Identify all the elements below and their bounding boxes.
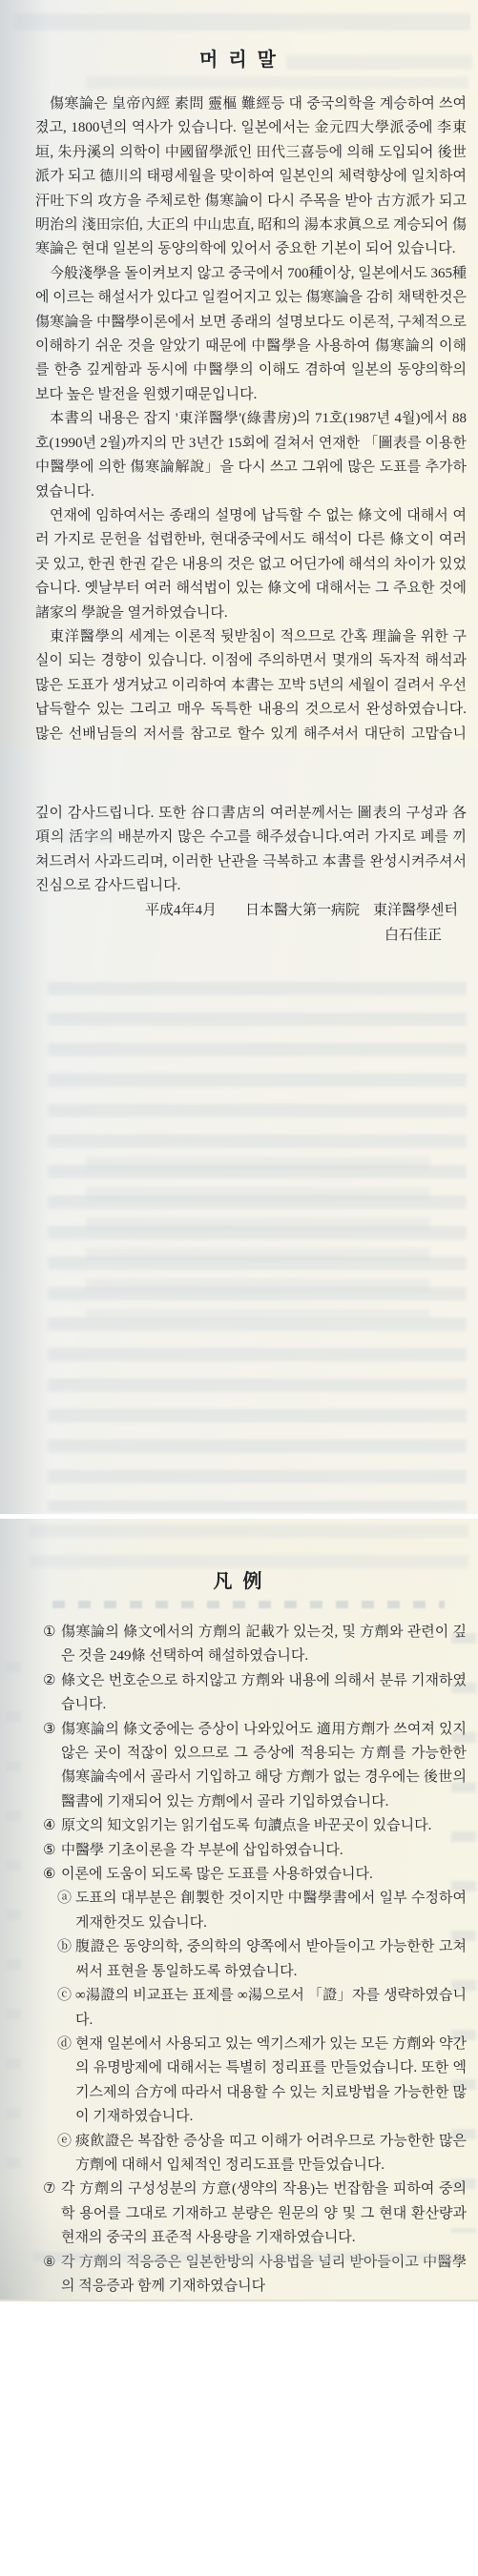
item-marker: ⑧	[43, 2251, 61, 2300]
notes-item: ⑧ 각 方劑의 적응증은 일본한방의 사용법을 널리 받아들이고 中醫學의 적응…	[43, 2251, 467, 2300]
item-marker: ②	[43, 1669, 61, 1718]
bleedthrough-block	[86, 1156, 430, 1319]
signature-line: 平成4年4月日本醫大第一病院東洋醫學센터	[35, 899, 458, 919]
item-marker: ⓔ	[57, 2130, 75, 2178]
item-text: 현재 일본에서 사용되고 있는 엑기스제가 있는 모든 方劑와 약간의 유명방제…	[75, 2033, 467, 2130]
preface-paragraph: 연재에 임하여서는 종래의 설명에 납득할 수 없는 條文에 대해서 여러 가지…	[35, 504, 467, 625]
notes-item: ⓔ 痰飮證은 복잡한 증상을 띠고 이해가 어려우므로 가능한한 많은 方劑에 …	[43, 2130, 467, 2178]
scanned-book-spread: 머 리 말 傷寒論은 皇帝內經 素問 靈樞 難經등 대 중국의학을 계승하여 쓰…	[0, 0, 478, 2576]
notes-item: ⑦ 각 方劑의 구성성분의 方意(생약의 작용)는 번잡함을 피하여 중의학 용…	[43, 2177, 467, 2250]
item-marker: ⓓ	[57, 2033, 75, 2130]
signature-hospital: 日本醫大第一病院	[245, 903, 360, 918]
item-text: 도표의 대부분은 創製한 것이지만 中醫學書에서 일부 수정하여 게재한것도 있…	[75, 1887, 467, 1935]
notes-item: ③ 傷寒論의 條文중에는 증상이 나와있어도 適用方劑가 쓰여져 있지 않은 곳…	[43, 1718, 467, 1815]
item-marker: ⓒ	[57, 1984, 75, 2033]
notes-item: ④ 原文의 知文읽기는 읽기쉽도록 句讀点을 바꾼곳이 있습니다.	[43, 1814, 467, 1838]
notes-item: ② 條文은 번호순으로 하지않고 方劑와 내용에 의해서 분류 기재하였습니다.	[43, 1669, 467, 1718]
preface-continuation: 깊이 감사드립니다. 또한 谷口書店의 여러분께서는 圖表의 구성과 各項의 活…	[35, 802, 467, 899]
item-marker: ⑤	[43, 1839, 61, 1863]
item-text: 이론에 도움이 되도록 많은 도표를 사용하였습니다.	[61, 1863, 467, 1887]
notes-page: 凡 例 ① 傷寒論의 條文에서의 方劑의 記載가 있는것, 및 方劑와 관련이 …	[0, 1519, 478, 2301]
item-text: 腹證은 동양의학, 중의학의 양쪽에서 받아들이고 가능한한 고쳐써서 표현을 …	[75, 1935, 467, 1984]
bleedthrough-margin-marks	[6, 1662, 21, 2185]
item-text: 각 方劑의 적응증은 일본한방의 사용법을 널리 받아들이고 中醫學의 적응증과…	[61, 2251, 467, 2300]
notes-item: ① 傷寒論의 條文에서의 方劑의 記載가 있는것, 및 方劑와 관련이 깊은 것…	[43, 1621, 467, 1669]
notes-items: ① 傷寒論의 條文에서의 方劑의 記載가 있는것, 및 方劑와 관련이 깊은 것…	[43, 1621, 467, 2299]
preface-paragraph: 傷寒論은 皇帝內經 素問 靈樞 難經등 대 중국의학을 계승하여 쓰여졌고, 1…	[35, 92, 467, 262]
preface-page-2: 깊이 감사드립니다. 또한 谷口書店의 여러분께서는 圖表의 구성과 各項의 活…	[0, 746, 478, 1514]
item-text: 中醫學 기초이론을 각 부분에 삽입하였습니다.	[61, 1839, 467, 1863]
preface-paragraph: 今般淺學을 돌이켜보지 않고 중국에서 700種이상, 일본에서도 365種에 …	[35, 262, 467, 407]
notes-item: ⓓ 현재 일본에서 사용되고 있는 엑기스제가 있는 모든 方劑와 약간의 유명…	[43, 2033, 467, 2130]
item-marker: ③	[43, 1718, 61, 1815]
item-marker: ⑥	[43, 1863, 61, 1887]
notes-item: ⓑ 腹證은 동양의학, 중의학의 양쪽에서 받아들이고 가능한한 고쳐써서 표현…	[43, 1935, 467, 1984]
item-text: 痰飮證은 복잡한 증상을 띠고 이해가 어려우므로 가능한한 많은 方劑에 대해…	[75, 2130, 467, 2178]
notes-item: ⓒ ∞湯證의 비교표는 표제를 ∞湯으로서 「證」자를 생략하였습니다.	[43, 1984, 467, 2033]
signature-date: 平成4年4月	[145, 903, 217, 918]
preface-page-1: 머 리 말 傷寒論은 皇帝內經 素問 靈樞 難經등 대 중국의학을 계승하여 쓰…	[0, 0, 478, 746]
preface-paragraph: 本書의 내용은 잡지 '東洋醫學'(綠書房)의 71호(1987년 4월)에서 …	[35, 407, 467, 504]
item-text: 傷寒論의 條文중에는 증상이 나와있어도 適用方劑가 쓰여져 있지 않은 곳이 …	[61, 1718, 467, 1815]
preface-paragraph: 깊이 감사드립니다. 또한 谷口書店의 여러분께서는 圖表의 구성과 各項의 活…	[35, 802, 467, 899]
bleedthrough-toc-line	[52, 1601, 445, 1608]
item-marker: ⑦	[43, 2177, 61, 2250]
notes-item: ⓐ 도표의 대부분은 創製한 것이지만 中醫學書에서 일부 수정하여 게재한것도…	[43, 1887, 467, 1935]
signature-center: 東洋醫學센터	[373, 903, 458, 918]
item-text: 條文은 번호순으로 하지않고 方劑와 내용에 의해서 분류 기재하였습니다.	[61, 1669, 467, 1718]
signature-author: 白石佳正	[384, 924, 442, 944]
item-text: 傷寒論의 條文에서의 方劑의 記載가 있는것, 및 方劑와 관련이 깊은 것을 …	[61, 1621, 467, 1669]
item-marker: ①	[43, 1621, 61, 1669]
item-text: ∞湯證의 비교표는 표제를 ∞湯으로서 「證」자를 생략하였습니다.	[75, 1984, 467, 2033]
notes-item: ⑥ 이론에 도움이 되도록 많은 도표를 사용하였습니다.	[43, 1863, 467, 1887]
notes-item: ⑤ 中醫學 기초이론을 각 부분에 삽입하였습니다.	[43, 1839, 467, 1863]
item-text: 각 方劑의 구성성분의 方意(생약의 작용)는 번잡함을 피하여 중의학 용어를…	[61, 2177, 467, 2250]
bleedthrough-line	[86, 76, 468, 89]
item-marker: ④	[43, 1814, 61, 1838]
item-text: 原文의 知文읽기는 읽기쉽도록 句讀点을 바꾼곳이 있습니다.	[61, 1814, 467, 1838]
page-title-preface: 머 리 말	[0, 0, 478, 72]
bleedthrough-block	[48, 982, 467, 1512]
item-marker: ⓑ	[57, 1935, 75, 1984]
item-marker: ⓐ	[57, 1887, 75, 1935]
page-title-notes: 凡 例	[0, 1519, 478, 1593]
